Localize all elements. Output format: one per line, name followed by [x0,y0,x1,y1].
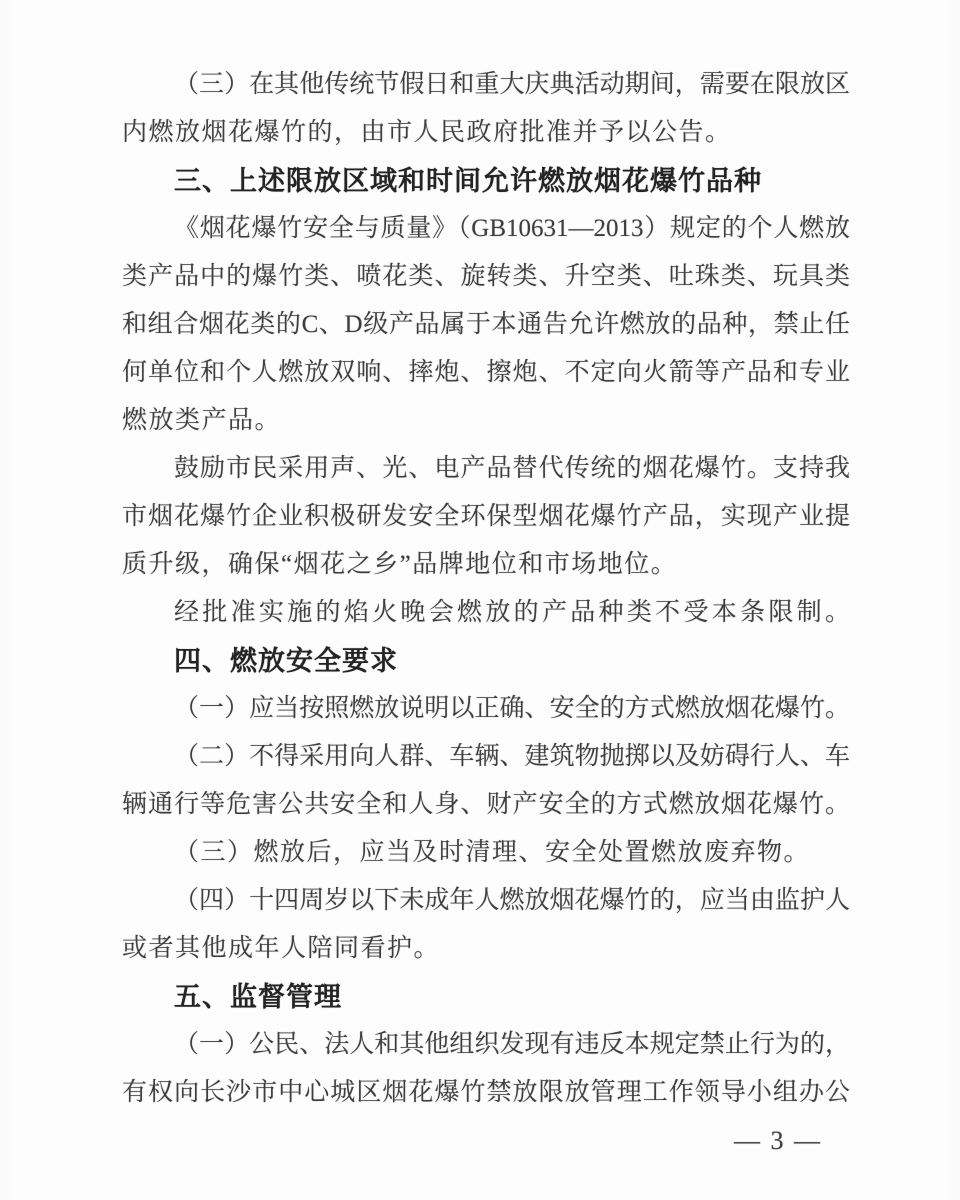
text-line: 鼓励市民采用声、光、电产品替代传统的烟花爆竹。支持我 [122,445,850,493]
scanned-document-page: （三）在其他传统节假日和重大庆典活动期间，需要在限放区内燃放烟花爆竹的，由市人民… [0,0,960,1200]
text-line: （三）燃放后，应当及时清理、安全处置燃放废弃物。 [122,829,850,877]
text-line: 内燃放烟花爆竹的，由市人民政府批准并予以公告。 [122,109,850,157]
text-line: 何单位和个人燃放双响、摔炮、擦炮、不定向火箭等产品和专业 [122,349,850,397]
text-line: 类产品中的爆竹类、喷花类、旋转类、升空类、吐珠类、玩具类 [122,253,850,301]
text-line: 市烟花爆竹企业积极研发安全环保型烟花爆竹产品，实现产业提 [122,493,850,541]
section-heading: 五、监督管理 [122,973,850,1021]
text-line: 经批准实施的焰火晚会燃放的产品种类不受本条限制。 [122,589,850,637]
text-line: （三）在其他传统节假日和重大庆典活动期间，需要在限放区 [122,61,850,109]
document-content: （三）在其他传统节假日和重大庆典活动期间，需要在限放区内燃放烟花爆竹的，由市人民… [122,61,850,1165]
text-line: （一）公民、法人和其他组织发现有违反本规定禁止行为的， [122,1021,850,1069]
section-heading: 三、上述限放区域和时间允许燃放烟花爆竹品种 [122,157,850,205]
text-line: 质升级，确保“烟花之乡”品牌地位和市场地位。 [122,541,850,589]
section-heading: 四、燃放安全要求 [122,637,850,685]
text-line: （二）不得采用向人群、车辆、建筑物抛掷以及妨碍行人、车 [122,733,850,781]
text-line: 和组合烟花类的C、D级产品属于本通告允许燃放的品种，禁止任 [122,301,850,349]
text-line: 有权向长沙市中心城区烟花爆竹禁放限放管理工作领导小组办公 [122,1069,850,1117]
page-number: — 3 — [122,1117,850,1165]
text-line: （四）十四周岁以下未成年人燃放烟花爆竹的，应当由监护人 [122,877,850,925]
text-line: 或者其他成年人陪同看护。 [122,925,850,973]
text-line: 《烟花爆竹安全与质量》（GB10631—2013）规定的个人燃放 [122,205,850,253]
text-line: 辆通行等危害公共安全和人身、财产安全的方式燃放烟花爆竹。 [122,781,850,829]
text-line: （一）应当按照燃放说明以正确、安全的方式燃放烟花爆竹。 [122,685,850,733]
text-line: 燃放类产品。 [122,397,850,445]
